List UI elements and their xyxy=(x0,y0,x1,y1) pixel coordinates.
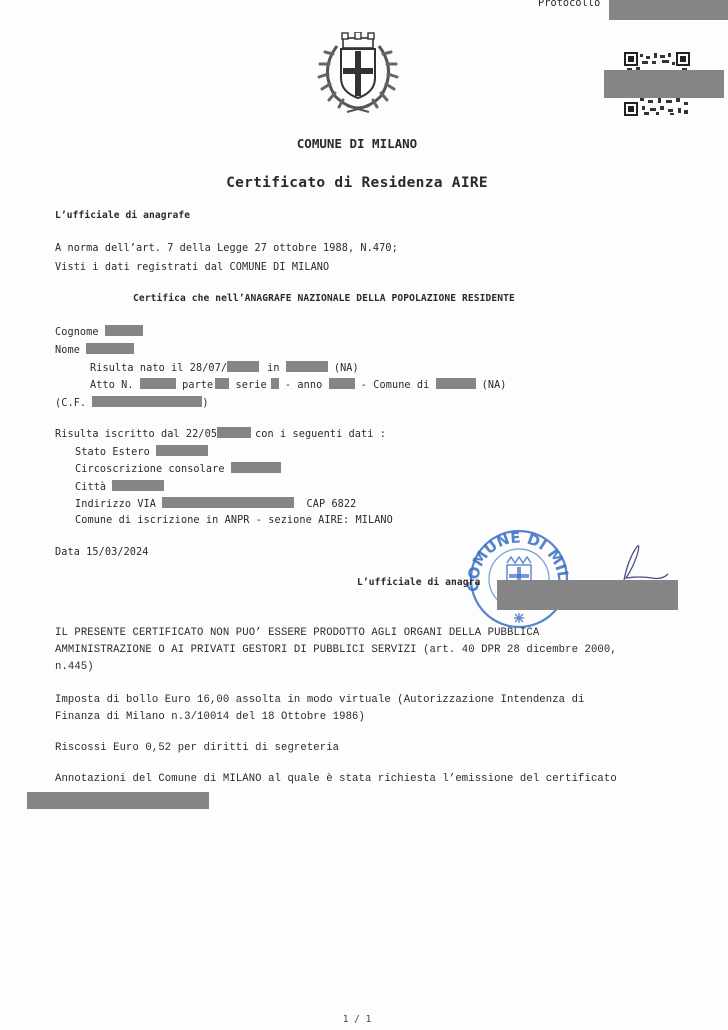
birth-place-label: in xyxy=(267,363,279,374)
act-number-redacted xyxy=(140,378,176,389)
foreign-state-redacted xyxy=(156,445,208,456)
act-part-redacted xyxy=(215,378,229,389)
municipality-heading: COMUNE DI MILANO xyxy=(0,136,714,151)
annotations-heading: Annotazioni del Comune di MILANO al qual… xyxy=(55,773,617,785)
act-municipality-redacted xyxy=(436,378,476,389)
issue-date: Data 15/03/2024 xyxy=(55,547,149,559)
birth-row: Risulta nato il 28/07/in (NA) xyxy=(90,361,359,375)
registration-date-label: Risulta iscritto dal 22/05 xyxy=(55,429,217,440)
officer-name-redacted xyxy=(497,580,678,610)
act-series-redacted xyxy=(271,378,279,389)
act-series-label: serie xyxy=(236,380,267,391)
registration-year-redacted xyxy=(217,427,251,438)
act-year-label: - anno xyxy=(285,380,322,391)
protocol-number-redacted xyxy=(609,0,728,20)
name-label: Nome xyxy=(55,345,80,356)
act-year-redacted xyxy=(329,378,355,389)
city-redacted xyxy=(112,480,164,491)
birth-year-redacted xyxy=(227,361,259,372)
disclaimer-line-3: n.445) xyxy=(55,661,94,673)
name-row: Nome xyxy=(55,343,134,357)
foreign-state-label: Stato Estero xyxy=(75,447,150,458)
annotations-redacted xyxy=(27,792,209,809)
birth-date-label: Risulta nato il 28/07/ xyxy=(90,363,227,374)
surname-label: Cognome xyxy=(55,327,99,338)
act-municipality-label: - Comune di xyxy=(361,380,430,391)
surname-redacted xyxy=(105,325,143,336)
address-redacted xyxy=(162,497,294,508)
stamp-duty-line-2: Finanza di Milano n.3/10014 del 18 Ottob… xyxy=(55,711,365,723)
page-title: Certificato di Residenza AIRE xyxy=(0,175,714,191)
foreign-state-row: Stato Estero xyxy=(75,445,208,459)
stamp-duty-line-1: Imposta di bollo Euro 16,00 assolta in m… xyxy=(55,694,585,706)
certifies-heading: Certifica che nell’ANAGRAFE NAZIONALE DE… xyxy=(133,293,515,305)
postal-code: CAP 6822 xyxy=(307,499,357,510)
consular-redacted xyxy=(231,462,281,473)
name-redacted xyxy=(86,343,134,354)
consular-label: Circoscrizione consolare xyxy=(75,464,225,475)
data-source-line: Visti i dati registrati dal COMUNE DI MI… xyxy=(55,262,329,274)
milan-coat-of-arms-icon xyxy=(313,32,403,114)
signature-label: L’ufficiale di anagra xyxy=(357,577,480,589)
consular-row: Circoscrizione consolare xyxy=(75,462,281,476)
registration-row: Risulta iscritto dal 22/05con i seguenti… xyxy=(55,427,386,441)
anpr-row: Comune di iscrizione in ANPR - sezione A… xyxy=(75,515,393,527)
address-row: Indirizzo VIA CAP 6822 xyxy=(75,497,356,511)
city-label: Città xyxy=(75,482,106,493)
law-reference: A norma dell’art. 7 della Legge 27 ottob… xyxy=(55,243,398,255)
signature-icon xyxy=(590,540,670,585)
secretary-fees: Riscossi Euro 0,52 per diritti di segret… xyxy=(55,742,339,754)
tax-code-redacted xyxy=(92,396,202,407)
tax-code-row: (C.F. ) xyxy=(55,396,209,410)
tax-code-close: ) xyxy=(202,398,208,409)
tax-code-label: (C.F. xyxy=(55,398,86,409)
disclaimer-line-1: IL PRESENTE CERTIFICATO NON PUO’ ESSERE … xyxy=(55,627,539,639)
protocol-label: Protocollo xyxy=(538,0,600,10)
officer-heading: L’ufficiale di anagrafe xyxy=(55,210,190,222)
registration-suffix: con i seguenti dati : xyxy=(255,429,386,440)
act-label: Atto N. xyxy=(90,380,134,391)
page-number: 1 / 1 xyxy=(0,1014,714,1025)
disclaimer-line-2: AMMINISTRAZIONE O AI PRIVATI GESTORI DI … xyxy=(55,644,617,656)
birth-place-redacted xyxy=(286,361,328,372)
city-row: Città xyxy=(75,480,164,494)
surname-row: Cognome xyxy=(55,325,143,339)
birth-act-row: Atto N. parte serie - anno - Comune di (… xyxy=(90,378,507,392)
address-label: Indirizzo VIA xyxy=(75,499,156,510)
act-part-label: parte xyxy=(182,380,213,391)
act-province: (NA) xyxy=(482,380,507,391)
birth-province: (NA) xyxy=(334,363,359,374)
document-code-redacted xyxy=(604,70,724,98)
